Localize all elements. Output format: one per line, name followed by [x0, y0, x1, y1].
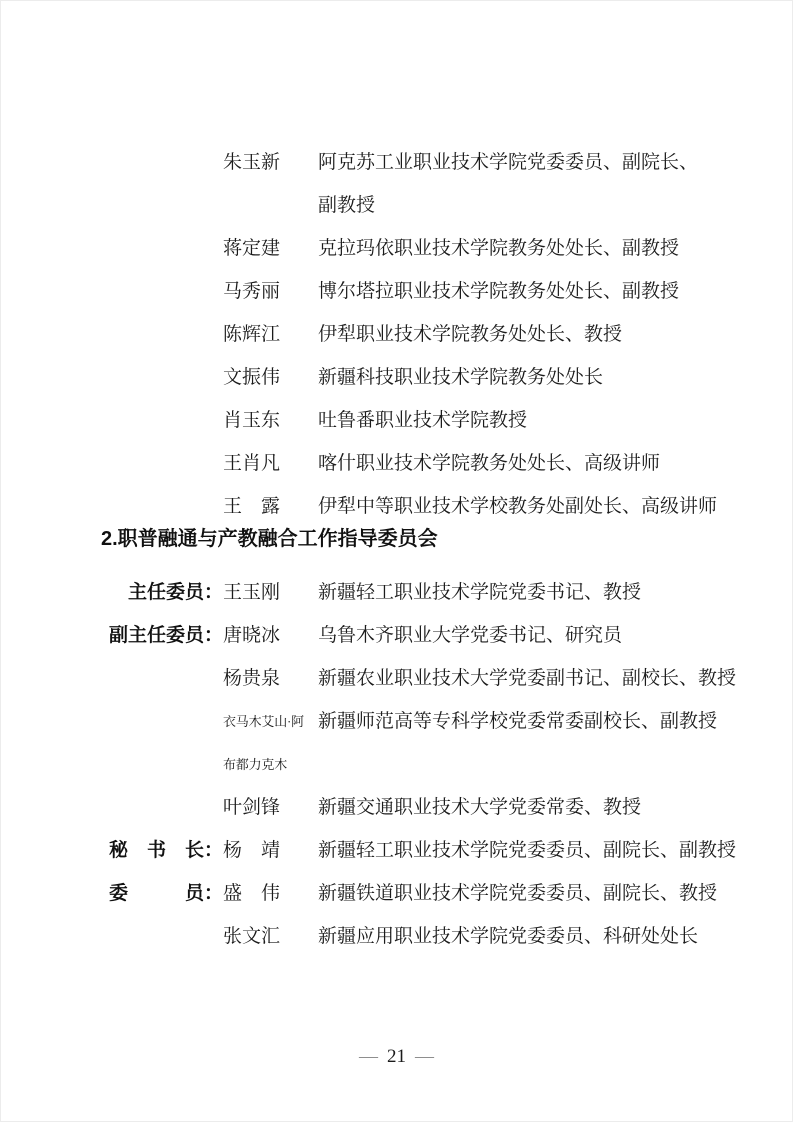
role-label — [101, 915, 223, 958]
member-title: 新疆科技职业技术学院教务处处长 — [318, 356, 707, 399]
member-title: 新疆应用职业技术学院党委委员、科研处处长 — [318, 915, 707, 958]
member-row: 叶剑锋 新疆交通职业技术大学党委常委、教授 — [101, 786, 707, 829]
member-list: 朱玉新 阿克苏工业职业技术学院党委委员、副院长、 副教授 蒋定建 克拉玛依职业技… — [101, 141, 707, 958]
member-name: 杨贵泉 — [223, 657, 318, 700]
member-name: 杨 靖 — [223, 829, 318, 872]
document-page: 朱玉新 阿克苏工业职业技术学院党委委员、副院长、 副教授 蒋定建 克拉玛依职业技… — [0, 0, 793, 1122]
member-title: 吐鲁番职业技术学院教授 — [318, 399, 707, 442]
member-row: 陈辉江 伊犁职业技术学院教务处处长、教授 — [101, 313, 707, 356]
role-label: 委 员： — [101, 872, 223, 915]
member-row: 马秀丽 博尔塔拉职业技术学院教务处处长、副教授 — [101, 270, 707, 313]
member-name: 陈辉江 — [223, 313, 318, 356]
member-row: 衣马木艾山·阿 布都力克木 新疆师范高等专科学校党委常委副校长、副教授 — [101, 700, 707, 786]
member-title: 伊犁职业技术学院教务处处长、教授 — [318, 313, 707, 356]
footer-dash-right: — — [415, 1046, 434, 1067]
member-title: 阿克苏工业职业技术学院党委委员、副院长、 副教授 — [318, 141, 707, 227]
member-name: 衣马木艾山·阿 布都力克木 — [223, 700, 318, 786]
role-label: 副主任委员： — [101, 614, 223, 657]
member-name: 盛 伟 — [223, 872, 318, 915]
member-title: 喀什职业技术学院教务处处长、高级讲师 — [318, 442, 707, 485]
member-title: 克拉玛依职业技术学院教务处处长、副教授 — [318, 227, 707, 270]
member-row: 秘 书 长： 杨 靖 新疆轻工职业技术学院党委委员、副院长、副教授 — [101, 829, 707, 872]
member-name: 唐晓冰 — [223, 614, 318, 657]
member-title: 新疆师范高等专科学校党委常委副校长、副教授 — [318, 700, 717, 743]
role-label: 主任委员： — [101, 571, 223, 614]
member-name: 文振伟 — [223, 356, 318, 399]
member-name: 蒋定建 — [223, 227, 318, 270]
member-name: 王肖凡 — [223, 442, 318, 485]
member-name: 张文汇 — [223, 915, 318, 958]
member-name: 马秀丽 — [223, 270, 318, 313]
member-title: 新疆铁道职业技术学院党委委员、副院长、教授 — [318, 872, 717, 915]
member-title: 新疆轻工职业技术学院党委书记、教授 — [318, 571, 707, 614]
member-row: 文振伟 新疆科技职业技术学院教务处处长 — [101, 356, 707, 399]
member-row: 蒋定建 克拉玛依职业技术学院教务处处长、副教授 — [101, 227, 707, 270]
member-row: 王肖凡 喀什职业技术学院教务处处长、高级讲师 — [101, 442, 707, 485]
role-label — [101, 700, 223, 743]
member-row: 副主任委员： 唐晓冰 乌鲁木齐职业大学党委书记、研究员 — [101, 614, 707, 657]
member-row: 委 员： 盛 伟 新疆铁道职业技术学院党委委员、副院长、教授 — [101, 872, 707, 915]
member-name: 肖玉东 — [223, 399, 318, 442]
page-footer: —21— — [1, 1045, 792, 1069]
member-row: 张文汇 新疆应用职业技术学院党委委员、科研处处长 — [101, 915, 707, 958]
member-row: 主任委员： 王玉刚 新疆轻工职业技术学院党委书记、教授 — [101, 571, 707, 614]
member-row: 朱玉新 阿克苏工业职业技术学院党委委员、副院长、 副教授 — [101, 141, 707, 227]
member-row: 杨贵泉 新疆农业职业技术大学党委副书记、副校长、教授 — [101, 657, 707, 700]
member-title: 新疆交通职业技术大学党委常委、教授 — [318, 786, 707, 829]
member-name: 王玉刚 — [223, 571, 318, 614]
member-name: 朱玉新 — [223, 141, 318, 184]
member-title: 新疆轻工职业技术学院党委委员、副院长、副教授 — [318, 829, 736, 872]
page-number: 21 — [378, 1046, 415, 1067]
role-label — [101, 786, 223, 829]
member-row: 肖玉东 吐鲁番职业技术学院教授 — [101, 399, 707, 442]
role-label: 秘 书 长： — [101, 829, 223, 872]
member-title: 博尔塔拉职业技术学院教务处处长、副教授 — [318, 270, 707, 313]
footer-dash-left: — — [359, 1046, 378, 1067]
member-title: 新疆农业职业技术大学党委副书记、副校长、教授 — [318, 657, 736, 700]
member-name: 叶剑锋 — [223, 786, 318, 829]
member-title: 乌鲁木齐职业大学党委书记、研究员 — [318, 614, 707, 657]
role-label — [101, 657, 223, 700]
